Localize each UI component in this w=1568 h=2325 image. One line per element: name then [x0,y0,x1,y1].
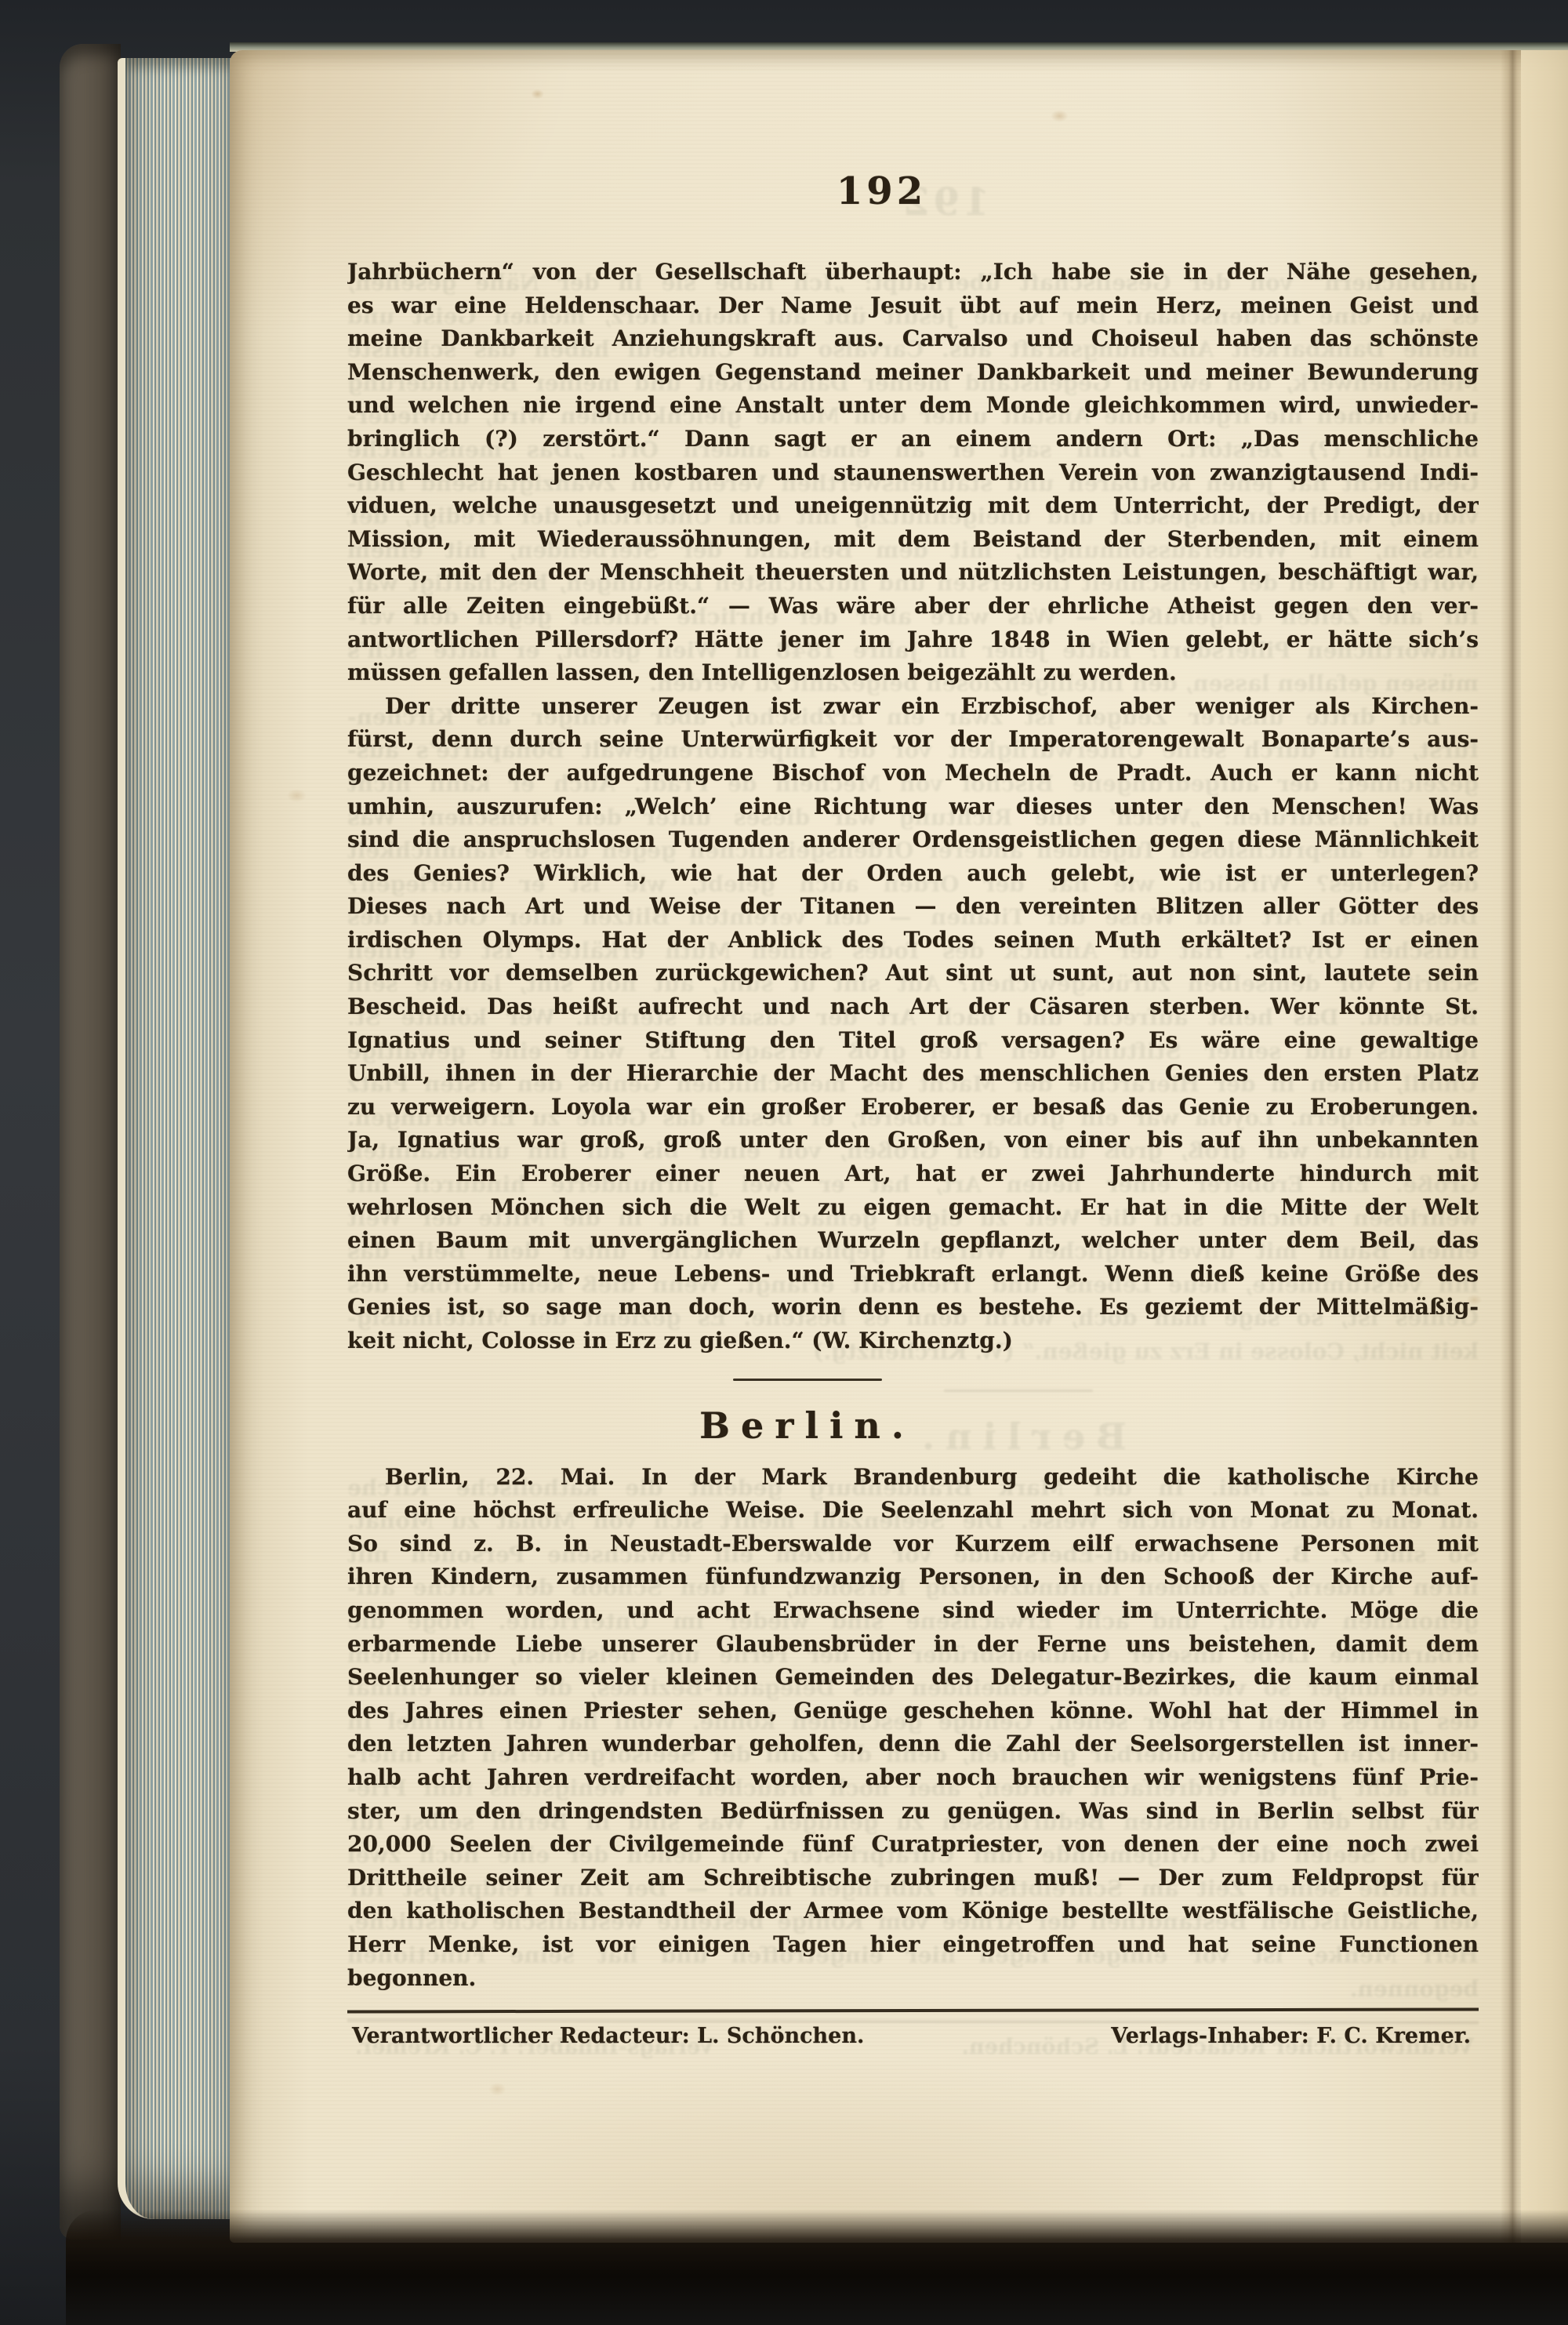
imprint-publisher: Verlags-Inhaber: F. C. Kremer. [1111,2023,1471,2050]
text-line: halb acht Jahren verdreifacht worden, ab… [347,1761,1479,1795]
gutter-crease [1501,50,1523,2243]
text-line: Ja, Ignatius war groß, groß unter den Gr… [347,1124,1479,1157]
text-line: sind die anspruchslosen Tugenden anderer… [347,823,1479,857]
text-line: Ignatius und seiner Stiftung den Titel g… [347,1024,1479,1058]
text-line: bringlich (?) zerstört.“ Dann sagt er an… [347,423,1479,456]
text-line: Größe. Ein Eroberer einer neuen Art, hat… [347,1157,1479,1191]
text-line: irdischen Olymps. Hat der Anblick des To… [347,924,1479,957]
text-line: einen Baum mit unvergänglichen Wurzeln g… [347,1224,1479,1258]
footer-divider [347,2008,1479,2014]
text-line: erbarmende Liebe unserer Glaubensbrüder … [347,1628,1479,1662]
text-line: So sind z. B. in Neustadt-Eberswalde vor… [347,1528,1479,1561]
page-edge-stack [118,58,239,2219]
text-line: genommen worden, und acht Erwachsene sin… [347,1594,1479,1628]
text-line: viduen, welche unausgesetzt und uneigenn… [347,489,1479,523]
text-line: begonnen. [347,1962,1479,1996]
adjacent-page-edge [1521,50,1568,2243]
paragraph-continued: Jahrbüchern“ von der Gesellschaft überha… [347,256,1479,690]
text-line: Mission, mit Wiederaussöhnungen, mit dem… [347,523,1479,557]
text-line: ihren Kindern, zusammen fünfundzwanzig P… [347,1560,1479,1594]
text-line: Berlin, 22. Mai. In der Mark Brandenburg… [347,1461,1479,1495]
text-line: Geschlecht hat jenen kostbaren und staun… [347,456,1479,490]
text-line: keit nicht, Colosse in Erz zu gießen.“ (… [347,1324,1479,1358]
imprint-footer: Verantwortlicher Redacteur: L. Schönchen… [347,2023,1479,2050]
text-line: müssen gefallen lassen, den Intelligenzl… [347,656,1479,690]
text-line: des Genies? Wirklich, wie hat der Orden … [347,857,1479,891]
text-line: Bescheid. Das heißt aufrecht und nach Ar… [347,990,1479,1024]
berlin-paragraph: Berlin, 22. Mai. In der Mark Brandenburg… [347,1461,1479,1996]
text-line: Schritt vor demselben zurückgewichen? Au… [347,957,1479,990]
text-line: Seelenhunger so vieler kleinen Gemeinden… [347,1661,1479,1695]
text-line: Menschenwerk, den ewigen Gegenstand mein… [347,356,1479,390]
text-line: Unbill, ihnen in der Hierarchie der Mach… [347,1057,1479,1091]
text-line: zu verweigern. Loyola war ein großer Ero… [347,1091,1479,1124]
scan-background: 192 Jahrbüchern“ von der Gesellschaft üb… [0,0,1568,2325]
text-line: ster, um den dringendsten Bedürfnissen z… [347,1795,1479,1829]
text-line: auf eine höchst erfreuliche Weise. Die S… [347,1494,1479,1528]
page-number: 192 [316,173,1447,210]
text-line: fürst, denn durch seine Unterwürfigkeit … [347,723,1479,757]
text-line: es war eine Heldenschaar. Der Name Jesui… [347,289,1479,323]
text-line: Genies ist, so sage man doch, worin denn… [347,1291,1479,1324]
text-line: gezeichnet: der aufgedrungene Bischof vo… [347,757,1479,790]
text-line: umhin, auszurufen: „Welch’ eine Richtung… [347,790,1479,824]
book-cover-edge [60,44,121,2240]
text-line: und welchen nie irgend eine Anstalt unte… [347,389,1479,423]
section-divider [733,1379,882,1381]
text-line: 20,000 Seelen der Civilgemeinde fünf Cur… [347,1828,1479,1862]
text-line: Jahrbüchern“ von der Gesellschaft überha… [347,256,1479,289]
text-line: wehrlosen Mönchen sich die Welt zu eigen… [347,1191,1479,1225]
text-line: Drittheile seiner Zeit am Schreibtische … [347,1862,1479,1895]
berlin-heading: Berlin. [241,1408,1373,1444]
text-line: den katholischen Bestandtheil der Armee … [347,1895,1479,1928]
paragraph-second: Der dritte unserer Zeugen ist zwar ein E… [347,690,1479,1358]
text-line: des Jahres einen Priester sehen, Genüge … [347,1695,1479,1728]
text-line: Dieses nach Art und Weise der Titanen — … [347,890,1479,924]
text-line: Herr Menke, ist vor einigen Tagen hier e… [347,1928,1479,1962]
bottom-shadow [66,2210,1568,2325]
text-line: Worte, mit den der Menschheit theuersten… [347,556,1479,590]
text-line: ihn verstümmelte, neue Lebens- und Trieb… [347,1258,1479,1291]
text-line: den letzten Jahren wunderbar geholfen, d… [347,1727,1479,1761]
text-line: für alle Zeiten eingebüßt.“ — Was wäre a… [347,590,1479,623]
imprint-editor: Verantwortlicher Redacteur: L. Schönchen… [352,2023,864,2050]
text-line: Der dritte unserer Zeugen ist zwar ein E… [347,690,1479,724]
page-content: 192 Jahrbüchern“ von der Gesellschaft üb… [347,50,1479,2050]
text-line: antwortlichen Pillersdorf? Hätte jener i… [347,623,1479,657]
text-line: meine Dankbarkeit Anziehungskraft aus. C… [347,322,1479,356]
